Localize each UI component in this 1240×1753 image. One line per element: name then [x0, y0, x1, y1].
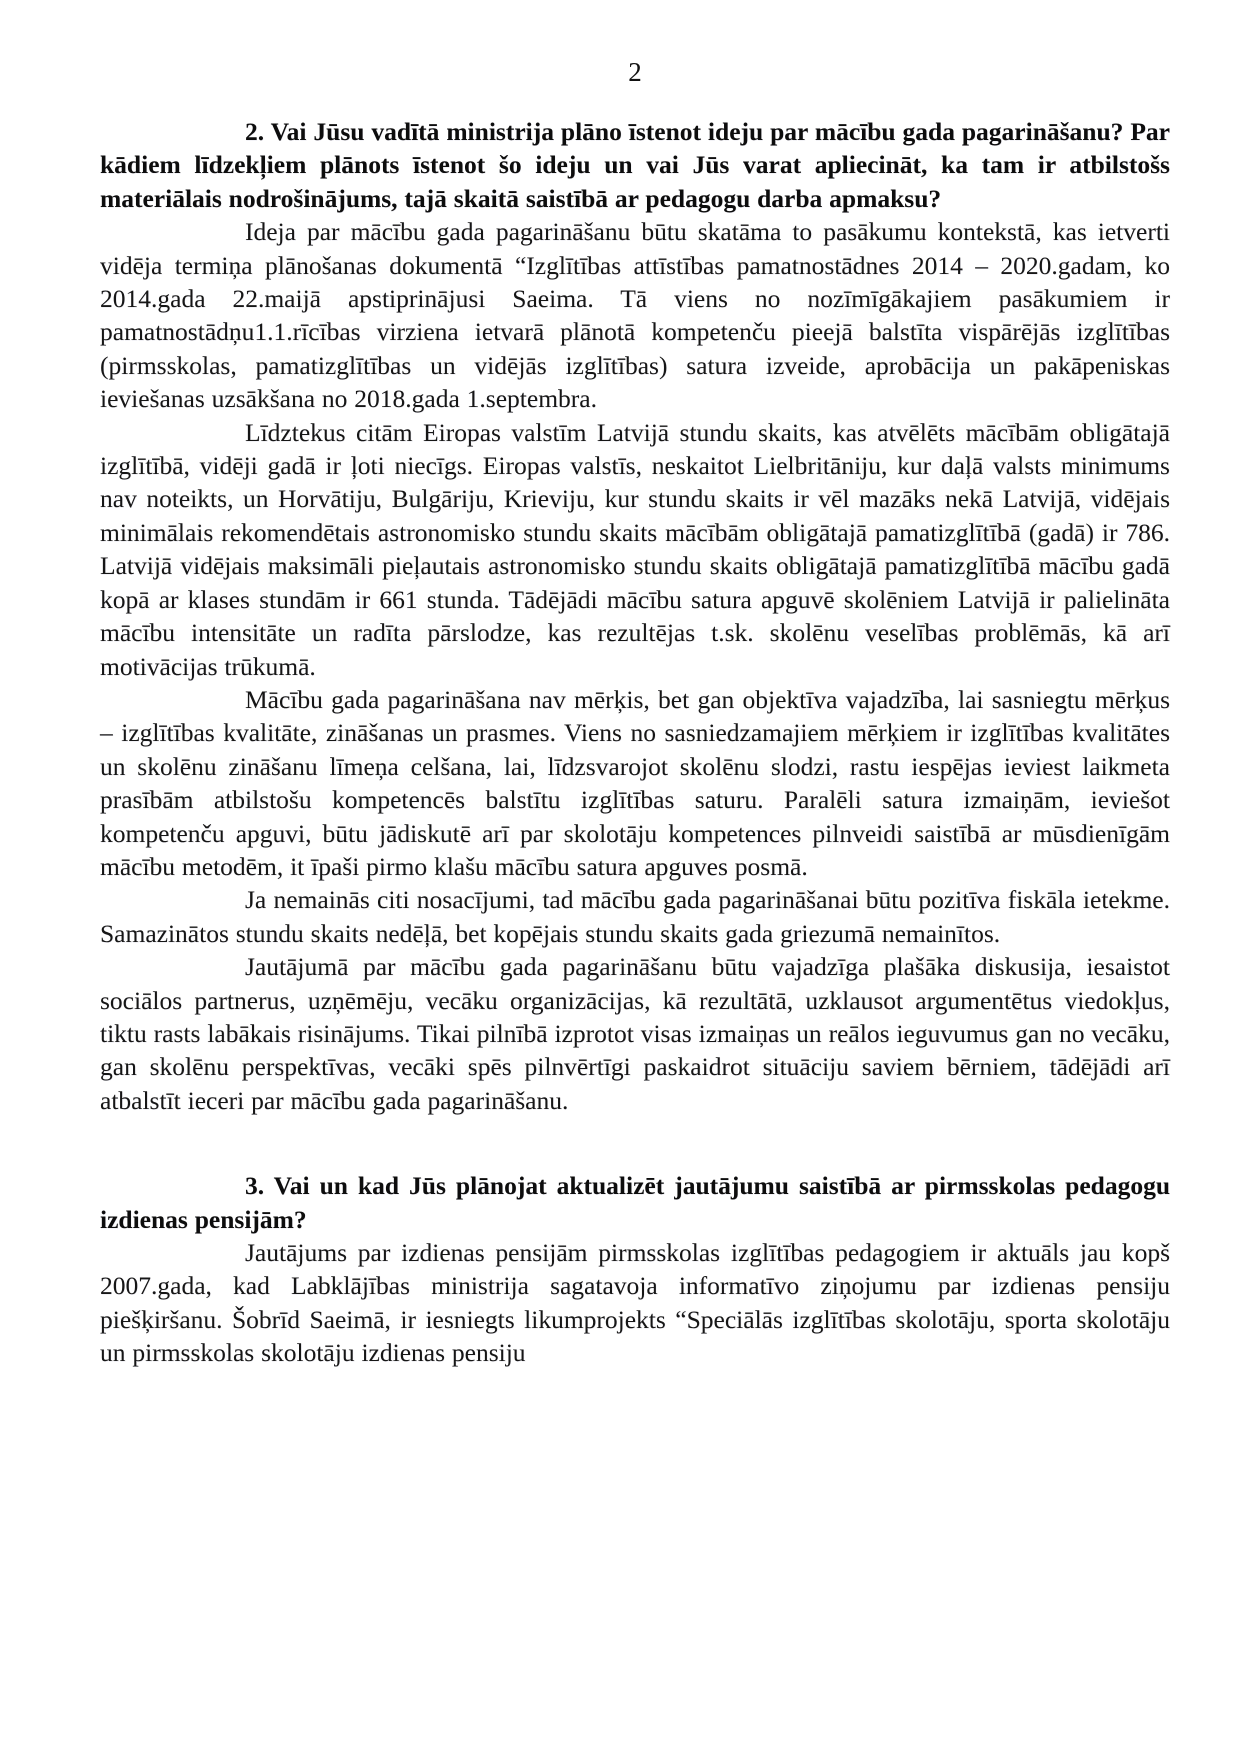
paragraph-izdienas-pensijas: Jautājums par izdienas pensijām pirmssko… — [100, 1236, 1170, 1370]
document-page: 2 2. Vai Jūsu vadītā ministrija plāno īs… — [0, 0, 1240, 1753]
paragraph-pagarinasanas-merkis: Mācību gada pagarināšana nav mērķis, bet… — [100, 683, 1170, 883]
paragraph-ideja-par-macibu-gada-pagarinasanu: Ideja par mācību gada pagarināšanu būtu … — [100, 215, 1170, 415]
question-2-heading: 2. Vai Jūsu vadītā ministrija plāno īste… — [100, 115, 1170, 215]
page-number: 2 — [100, 56, 1170, 89]
paragraph-fiskala-ietekme: Ja nemainās citi nosacījumi, tad mācību … — [100, 883, 1170, 950]
paragraph-lidztekus-stundu-skaits: Līdztekus citām Eiropas valstīm Latvijā … — [100, 416, 1170, 683]
paragraph-plasaka-diskusija: Jautājumā par mācību gada pagarināšanu b… — [100, 950, 1170, 1117]
question-3-heading: 3. Vai un kad Jūs plānojat aktualizēt ja… — [100, 1169, 1170, 1236]
